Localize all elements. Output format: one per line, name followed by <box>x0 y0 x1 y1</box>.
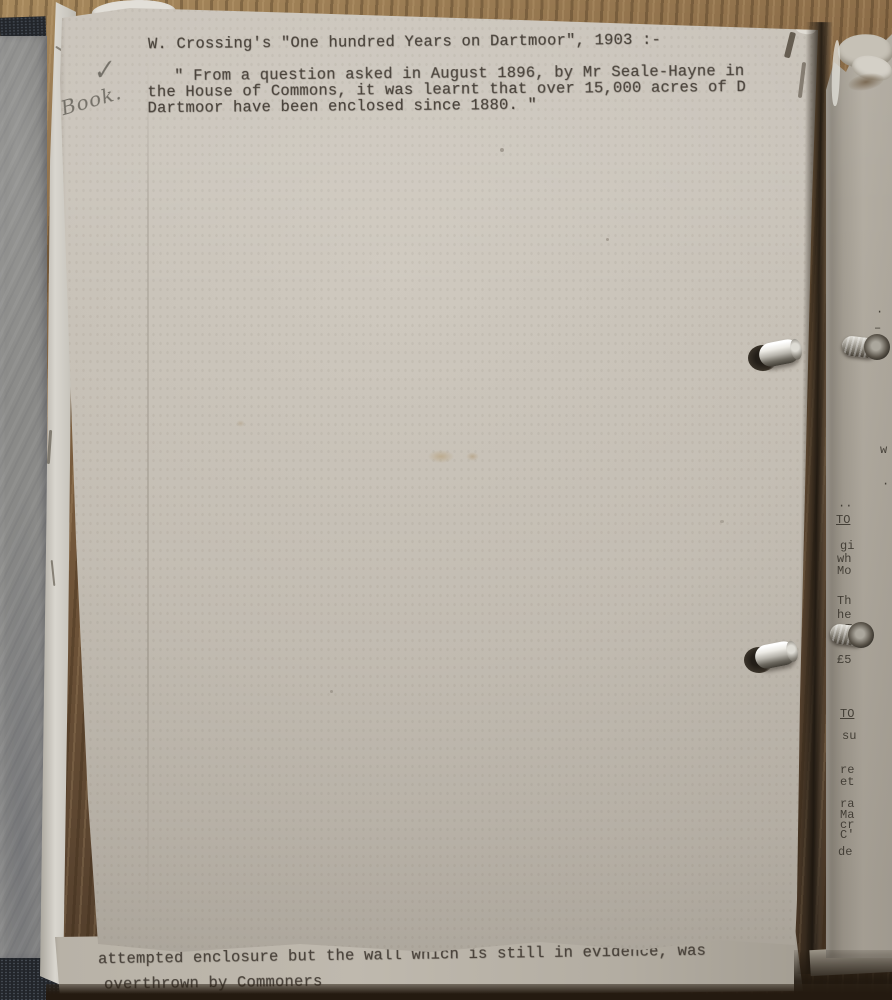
right-page-text-fragment: · <box>882 478 889 490</box>
right-page-text-fragment: gi <box>840 540 854 552</box>
right-page-text-fragment: C' <box>840 829 854 841</box>
right-page-text-fragment: · <box>876 306 883 318</box>
right-page-text-fragment: Mo <box>837 565 851 577</box>
right-page-binding-post-bottom <box>830 620 876 660</box>
bottom-table-shadow <box>46 984 892 1000</box>
binding-post-bottom <box>742 636 800 682</box>
right-page-heading-fragment: TO <box>836 514 850 526</box>
right-page-text-fragment: su <box>842 730 856 742</box>
torn-edge-highlight <box>767 8 803 29</box>
binding-post-barrel <box>753 639 798 670</box>
right-page-text-fragment: Th <box>837 595 851 607</box>
right-page-text-fragment: w <box>880 444 887 456</box>
binding-post-ring <box>848 622 874 648</box>
right-page-heading-fragment: TO <box>840 708 854 720</box>
right-page-text-fragment: ·· <box>838 500 852 512</box>
typed-text-block: W. Crossing's "One hundred Years on Dart… <box>52 0 832 969</box>
main-document-page: W. Crossing's "One hundred Years on Dart… <box>52 6 824 968</box>
felt-interleaf-sheet <box>0 36 47 958</box>
binding-post-barrel <box>757 337 802 368</box>
right-page-binding-post-top <box>842 332 892 372</box>
binding-post-ring <box>864 334 890 360</box>
right-page-text-fragment: et <box>840 776 854 788</box>
binding-post-top <box>746 334 804 380</box>
right-adjacent-page: · – w · ·· TO gi wh Mo Th he Tr £5 TO su… <box>826 28 892 958</box>
quote-line-3: Dartmoor have been enclosed since 1880. … <box>147 97 537 116</box>
right-page-text-fragment: de <box>838 846 852 858</box>
document-title-line: W. Crossing's "One hundred Years on Dart… <box>148 32 661 52</box>
binder-photo-scene: attempted enclosure but the wall which i… <box>0 0 892 1000</box>
